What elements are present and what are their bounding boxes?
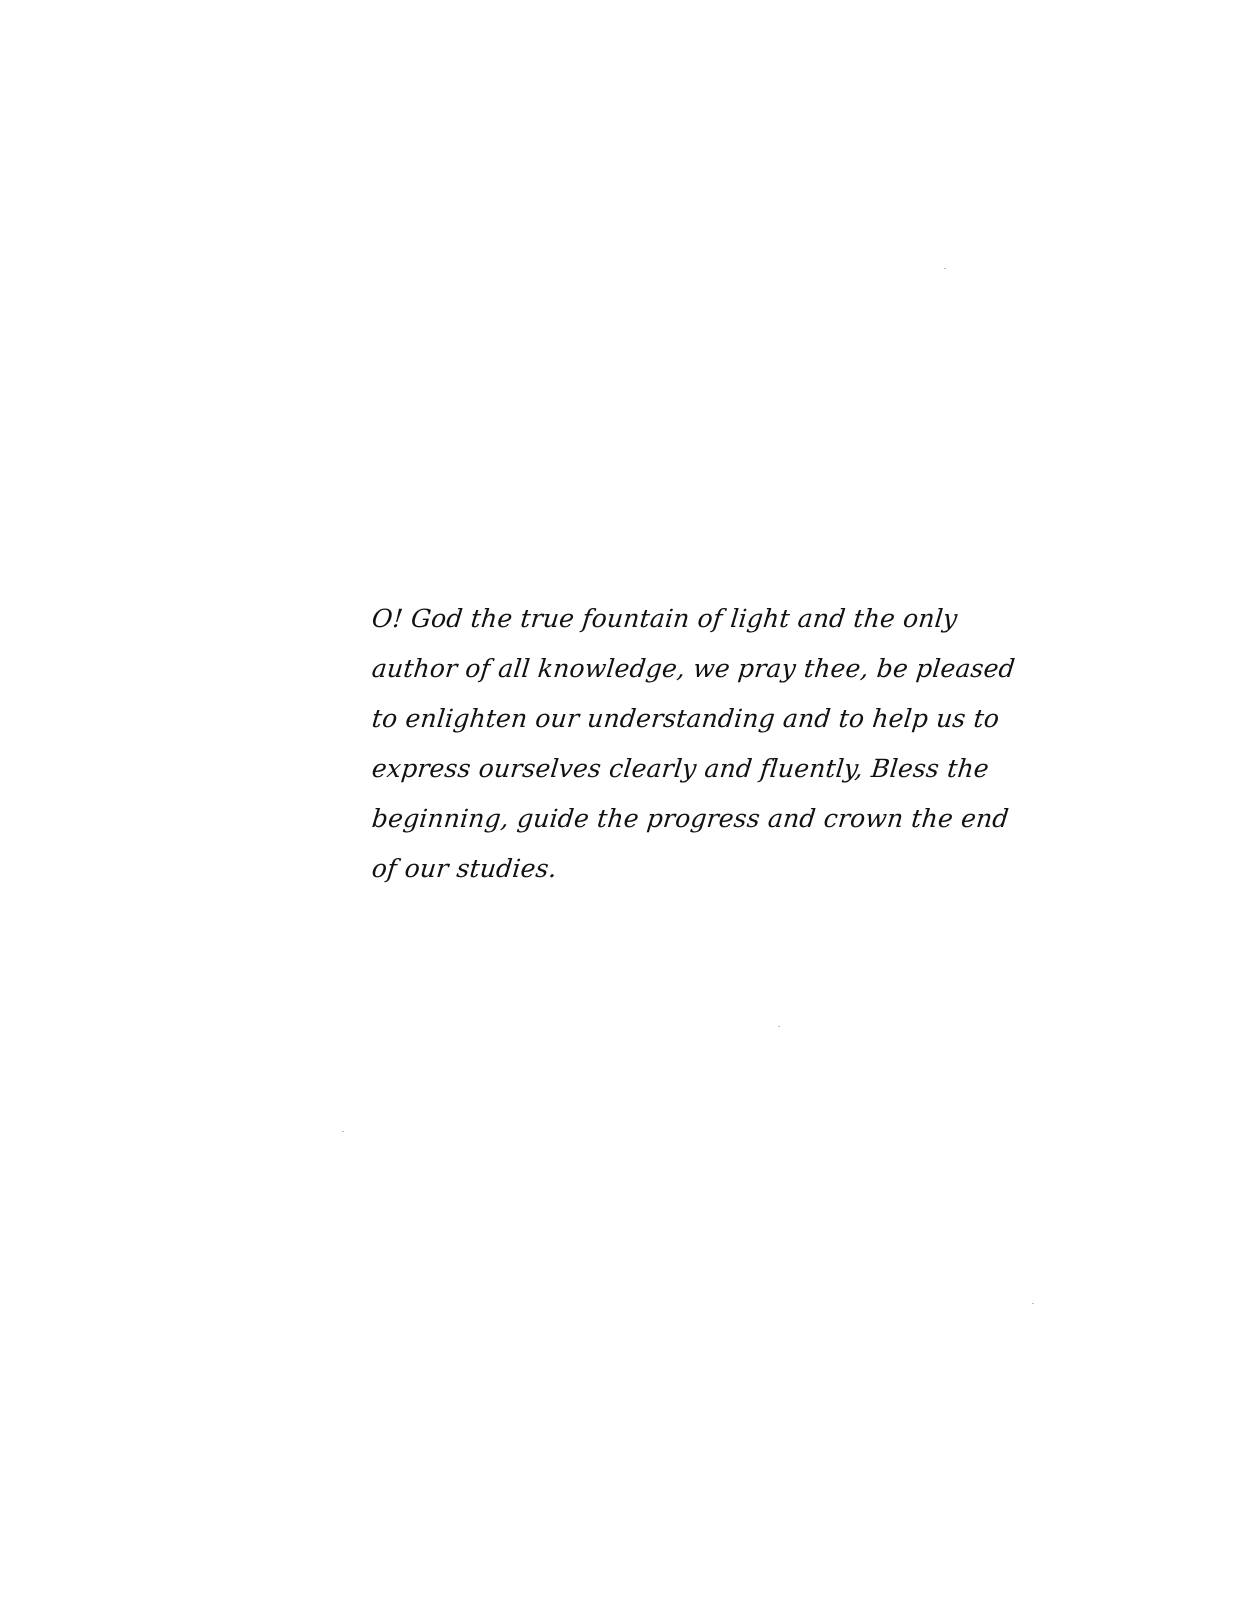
- scan-speck: [944, 268, 946, 269]
- prayer-line-1: O! God the true fountain of light and th…: [369, 594, 994, 644]
- scan-speck: [342, 1131, 344, 1132]
- prayer-line-4: express ourselves clearly and fluently, …: [369, 744, 994, 794]
- scan-speck: [778, 1026, 780, 1027]
- prayer-text-block: O! God the true fountain of light and th…: [372, 594, 992, 894]
- prayer-line-3: to enlighten our understanding and to he…: [369, 694, 994, 744]
- prayer-line-2: author of all knowledge, we pray thee, b…: [369, 644, 994, 694]
- prayer-line-5: beginning, guide the progress and crown …: [369, 794, 994, 844]
- prayer-line-6: of our studies.: [369, 844, 994, 894]
- scanned-page: O! God the true fountain of light and th…: [0, 0, 1237, 1604]
- scan-speck: [1032, 1303, 1034, 1304]
